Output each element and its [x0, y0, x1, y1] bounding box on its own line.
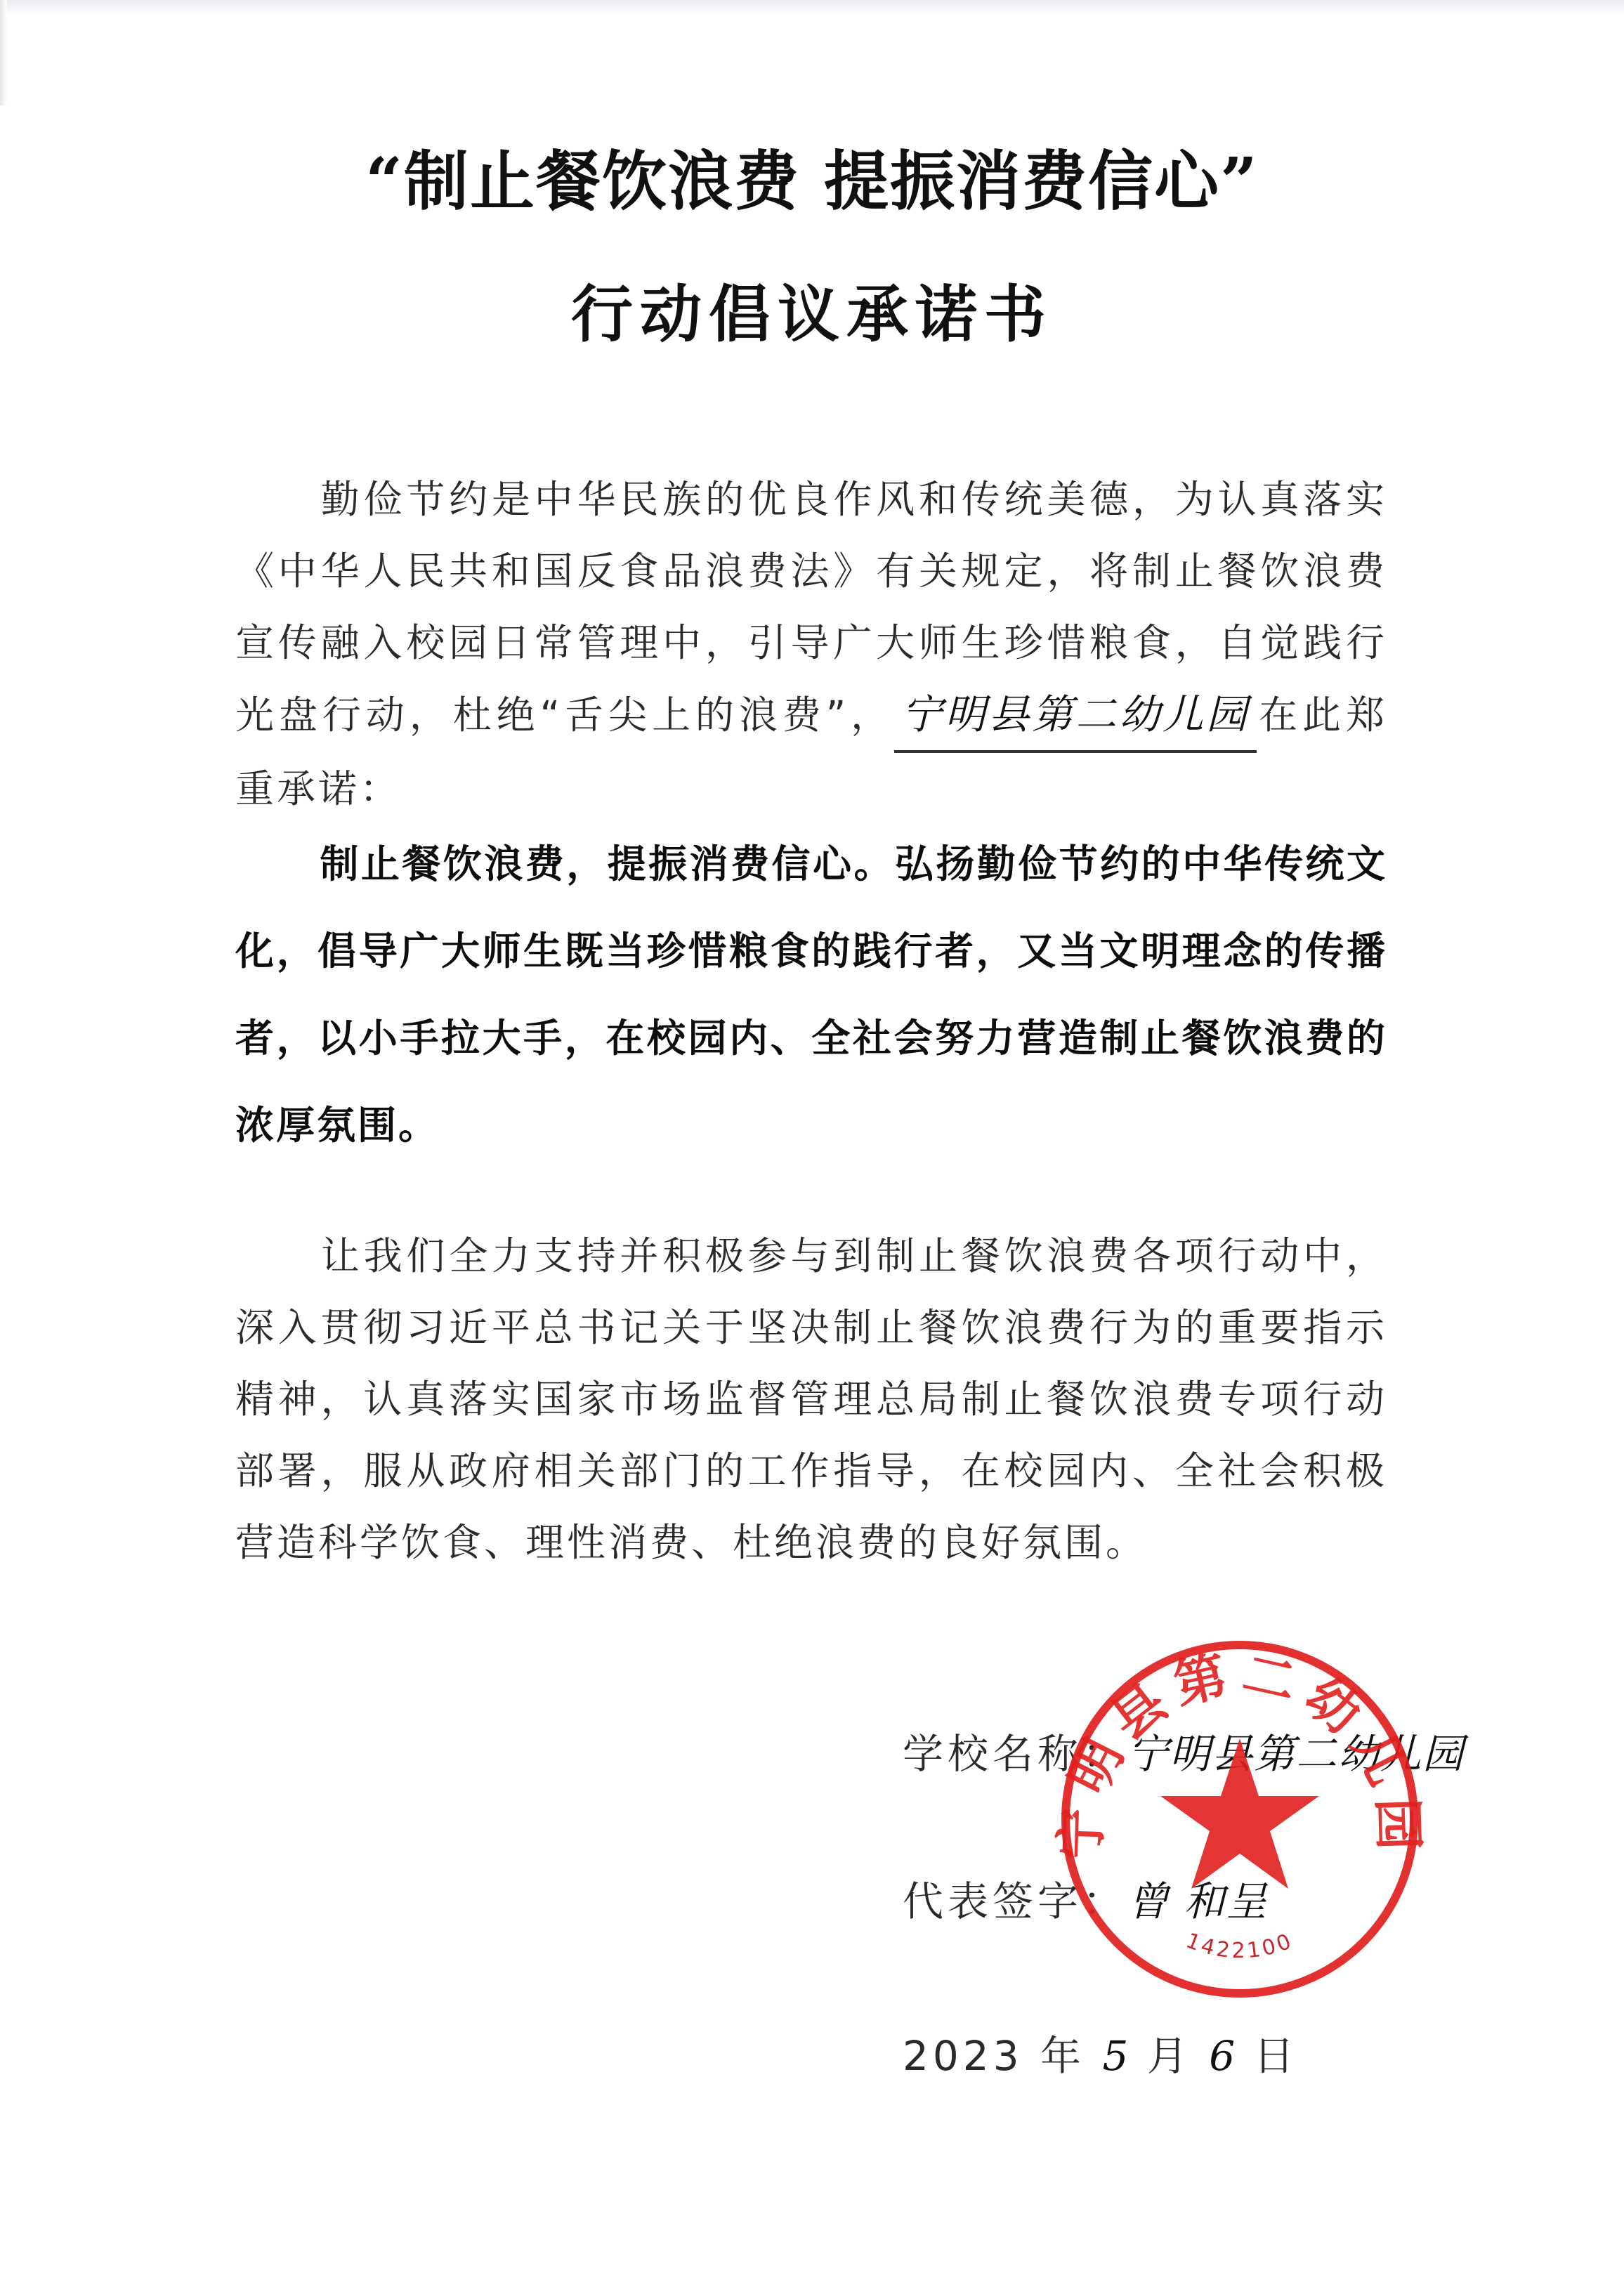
paragraph-call-to-action: 让我们全力支持并积极参与到制止餐饮浪费各项行动中，深入贯彻习近平总书记关于坚决制…	[235, 1220, 1387, 1578]
paragraph-commitment: 制止餐饮浪费，提振消费信心。弘扬勤俭节约的中华传统文化，倡导广大师生既当珍惜粮食…	[235, 820, 1387, 1169]
scan-left-edge	[0, 0, 7, 105]
document-title: “制止餐饮浪费 提振消费信心”	[0, 130, 1624, 223]
stamp-number: 1422100	[1183, 1928, 1297, 1963]
school-name-label: 学校名称：	[903, 1730, 1127, 1778]
date-month: 5	[1103, 2032, 1130, 2080]
rep-signature-label: 代表签字：	[903, 1878, 1127, 1925]
handwritten-school-name: 宁明县第二幼儿园	[894, 679, 1257, 753]
rep-signature-handwritten: 曾 和呈	[1127, 1878, 1268, 1925]
paragraph-intro: 勤俭节约是中华民族的优良作风和传统美德，为认真落实《中华人民共和国反食品浪费法》…	[235, 464, 1387, 825]
school-name-handwritten: 宁明县第二幼儿园	[1127, 1730, 1465, 1778]
representative-signature-line: 代表签字：曾 和呈	[903, 1868, 1268, 1927]
svg-text:1422100: 1422100	[1183, 1928, 1297, 1963]
date-day-unit: 日	[1254, 2032, 1299, 2080]
scan-top-edge	[0, 0, 1624, 15]
date-day: 6	[1209, 2032, 1236, 2080]
commitment-text: 制止餐饮浪费，提振消费信心。弘扬勤俭节约的中华传统文化，倡导广大师生既当珍惜粮食…	[235, 841, 1387, 1148]
school-name-line: 学校名称：宁明县第二幼儿园	[903, 1721, 1465, 1780]
official-seal-stamp: 宁明县第二幼儿园 1422100	[1054, 1633, 1426, 2005]
date-year-unit: 年	[1040, 2032, 1085, 2080]
date-month-unit: 月	[1147, 2032, 1192, 2080]
document-subtitle: 行动倡议承诺书	[0, 266, 1624, 354]
date-year: 2023	[903, 2032, 1023, 2080]
date-line: 2023 年 5 月 6 日	[903, 2023, 1299, 2082]
call-text: 让我们全力支持并积极参与到制止餐饮浪费各项行动中，深入贯彻习近平总书记关于坚决制…	[235, 1233, 1387, 1565]
